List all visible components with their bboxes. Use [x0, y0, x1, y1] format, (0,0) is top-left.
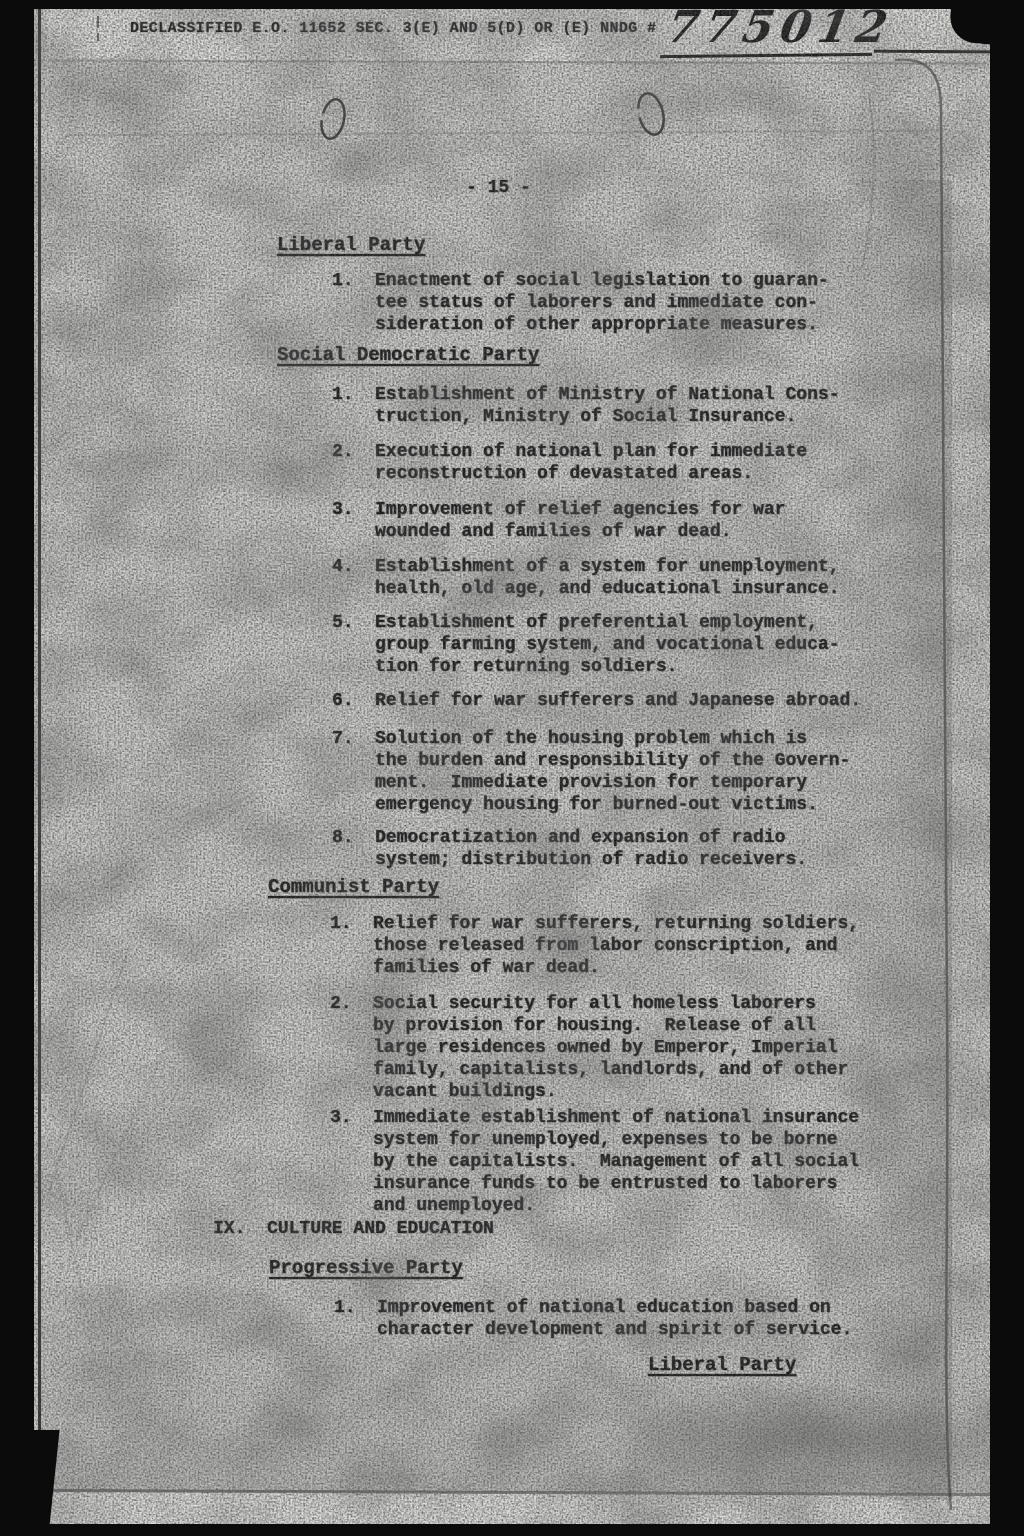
- list-item-number: 2.: [330, 993, 373, 1103]
- list-item: 2. Execution of national plan for immedi…: [332, 441, 807, 485]
- list-item-line: tion for returning soldiers.: [375, 656, 839, 678]
- scan-border-top: [0, 0, 1024, 9]
- list-item-line: health, old age, and educational insuran…: [375, 578, 839, 600]
- scan-border-left: [0, 0, 34, 1536]
- list-item-number: 1.: [334, 1297, 377, 1341]
- list-item: 1. Enactment of social legislation to gu…: [332, 270, 829, 336]
- list-item-number: 1.: [332, 270, 375, 336]
- list-item-line: Establishment of preferential employment…: [375, 612, 839, 634]
- section-heading-communist-party: Communist Party: [268, 876, 439, 898]
- list-item-line: by provision for housing. Release of all: [373, 1015, 848, 1037]
- list-item-line: Immediate establishment of national insu…: [373, 1107, 859, 1129]
- list-item-line: wounded and families of war dead.: [375, 521, 785, 543]
- list-item-line: the burden and responsibility of the Gov…: [375, 750, 850, 772]
- section-heading-progressive-party: Progressive Party: [269, 1257, 463, 1279]
- list-item-line: Solution of the housing problem which is: [375, 728, 850, 750]
- list-item-line: vacant buildings.: [373, 1081, 848, 1103]
- list-item-line: reconstruction of devastated areas.: [375, 463, 807, 485]
- list-item-line: Democratization and expansion of radio: [375, 827, 807, 849]
- list-item-number: 6.: [332, 690, 375, 712]
- scan-smudge-bottom-right: [600, 1380, 960, 1498]
- list-item: 3. Immediate establishment of national i…: [330, 1107, 859, 1217]
- stamp-tick-mark: [97, 33, 99, 41]
- section-numeral: IX.: [213, 1218, 267, 1240]
- list-item-line: character development and spirit of serv…: [377, 1319, 852, 1341]
- list-item-number: 7.: [332, 728, 375, 816]
- stamp-serial-handwritten: 775012: [664, 2, 899, 53]
- list-item-line: system for unemployed, expenses to be bo…: [373, 1129, 859, 1151]
- section-marker-ix: IX.CULTURE AND EDUCATION: [213, 1218, 494, 1240]
- list-item-number: 4.: [332, 556, 375, 600]
- page-edge-line-left: [38, 0, 41, 1536]
- scan-border-right: [990, 0, 1024, 1536]
- list-item: 1. Improvement of national education bas…: [334, 1297, 852, 1341]
- list-item: 1. Establishment of Ministry of National…: [332, 384, 839, 428]
- list-item-number: 1.: [332, 384, 375, 428]
- list-item-line: family, capitalists, landlords, and of o…: [373, 1059, 848, 1081]
- list-item: 1. Relief for war sufferers, returning s…: [330, 913, 859, 979]
- scanned-document-page: DECLASSIFIED E.O. 11652 SEC. 3(E) AND 5(…: [0, 0, 1024, 1536]
- list-item-line: those released from labor conscription, …: [373, 935, 859, 957]
- list-item-line: Relief for war sufferers, returning sold…: [373, 913, 859, 935]
- section-title: CULTURE AND EDUCATION: [267, 1219, 494, 1239]
- list-item-number: 3.: [330, 1107, 373, 1217]
- list-item: 4. Establishment of a system for unemplo…: [332, 556, 839, 600]
- list-item-line: families of war dead.: [373, 957, 859, 979]
- list-item-line: Improvement of relief agencies for war: [375, 499, 785, 521]
- list-item-number: 8.: [332, 827, 375, 871]
- list-item: 5. Establishment of preferential employm…: [332, 612, 839, 678]
- list-item-number: 5.: [332, 612, 375, 678]
- list-item-line: ment. Immediate provision for temporary: [375, 772, 850, 794]
- list-item-line: truction, Ministry of Social Insurance.: [375, 406, 839, 428]
- list-item-line: Establishment of Ministry of National Co…: [375, 384, 839, 406]
- list-item-line: Improvement of national education based …: [377, 1297, 852, 1319]
- page-number: - 15 -: [466, 177, 531, 199]
- list-item-line: Relief for war sufferers and Japanese ab…: [375, 690, 861, 712]
- list-item: 8. Democratization and expansion of radi…: [332, 827, 807, 871]
- continuation-heading: Liberal Party: [648, 1354, 796, 1376]
- list-item: 2. Social security for all homeless labo…: [330, 993, 848, 1103]
- list-item-line: group farming system, and vocational edu…: [375, 634, 839, 656]
- list-item-line: and unemployed.: [373, 1195, 859, 1217]
- list-item: 3. Improvement of relief agencies for wa…: [332, 499, 785, 543]
- list-item-line: Enactment of social legislation to guara…: [375, 270, 829, 292]
- list-item-line: system; distribution of radio receivers.: [375, 849, 807, 871]
- list-item-line: sideration of other appropriate measures…: [375, 314, 829, 336]
- section-heading-social-democratic-party: Social Democratic Party: [277, 344, 539, 366]
- declassification-stamp-text: DECLASSIFIED E.O. 11652 SEC. 3(E) AND 5(…: [130, 20, 656, 37]
- stamp-tick-mark: [97, 16, 99, 28]
- list-item-line: insurance funds to be entrusted to labor…: [373, 1173, 859, 1195]
- list-item: 7. Solution of the housing problem which…: [332, 728, 850, 816]
- list-item: 6. Relief for war sufferers and Japanese…: [332, 690, 861, 712]
- list-item-number: 3.: [332, 499, 375, 543]
- list-item-number: 2.: [332, 441, 375, 485]
- scan-border-bottom: [0, 1524, 1024, 1536]
- list-item-line: tee status of laborers and immediate con…: [375, 292, 829, 314]
- list-item-line: Execution of national plan for immediate: [375, 441, 807, 463]
- list-item-line: Social security for all homeless laborer…: [373, 993, 848, 1015]
- list-item-line: large residences owned by Emperor, Imper…: [373, 1037, 848, 1059]
- list-item-line: Establishment of a system for unemployme…: [375, 556, 839, 578]
- list-item-number: 1.: [330, 913, 373, 979]
- list-item-line: emergency housing for burned-out victims…: [375, 794, 850, 816]
- section-heading-liberal-party: Liberal Party: [277, 234, 425, 256]
- list-item-line: by the capitalists. Management of all so…: [373, 1151, 859, 1173]
